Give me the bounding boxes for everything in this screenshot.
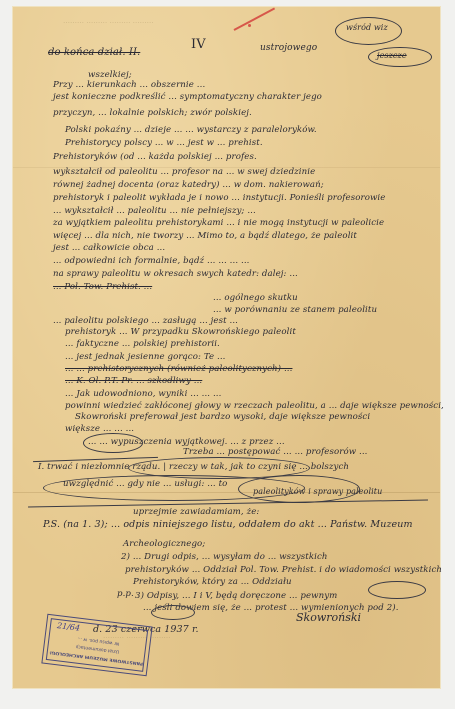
ps-line: uprzejmie zawiadamiam, że:: [133, 507, 259, 517]
text-line: więcej ... dla nich, nie tworzy ... Mimo…: [53, 231, 357, 241]
text-line: prehistoryk i paleolit wykłada je i nowo…: [53, 193, 385, 203]
text-line: za wyjątkiem paleolitu prehistorykami ..…: [53, 218, 384, 228]
text-line: wykształcił od paleolitu ... profesor na…: [53, 167, 315, 177]
red-pencil-mark: [234, 8, 276, 31]
margin-note: wśród wiz: [346, 23, 388, 32]
ps-abbrev: p.p.: [117, 589, 134, 599]
text-line: Skowroński preferował jest bardzo wysoki…: [75, 412, 370, 422]
text-line: ... Jak udowodniono, wyniki ... ... ...: [65, 389, 221, 399]
text-line: na sprawy paleolitu w okresach swych kat…: [53, 269, 298, 279]
text-bubble: [83, 433, 143, 453]
text-line: ... ogólnego skutku: [213, 293, 298, 303]
note-bubble: [151, 605, 195, 620]
text-line: jest ... całkowicie obca ...: [53, 243, 165, 253]
text-line: ... wykształcił ... paleolitu ... nie pe…: [53, 206, 256, 216]
text-line: ... jest jednak jesienne gorąco: Te ...: [65, 352, 226, 362]
text-line: ... paleolitu polskiego ... zasługą ... …: [53, 316, 238, 326]
text-line: Trzeba ... postępować ... ... profesorów…: [183, 447, 368, 457]
text-line: ... odpowiedni ich formalnie, bądź ... .…: [53, 256, 250, 266]
text-line: większe ... ... ...: [65, 424, 134, 434]
text-line: ... faktyczne ... polskiej prehistorii.: [65, 339, 220, 349]
document-page: ……… ……… ……… ……… ……… ……… ……… do końca dzi…: [13, 7, 440, 688]
text-line: powinni wiedzieć zakłóconej głowy w rzec…: [65, 401, 444, 411]
text-line: wszelkiej;: [88, 70, 132, 80]
ps-line: 2) ... Drugi odpis, ... wysyłam do ... w…: [121, 552, 328, 562]
text-line: uwzględnić ... gdy nie ... usługi: ... t…: [63, 479, 227, 489]
ps-line: P.S. (na 1. 3); ... odpis niniejszego li…: [43, 519, 413, 530]
ps-line: Prehistoryków, który za ... Oddziału: [133, 577, 292, 587]
bleed-through-text: ……… ……… ……… ………: [63, 17, 154, 25]
text-line: Polski pokaźny ... dzieje ... ... wystar…: [65, 125, 317, 135]
text-line: ... ... prehistorycznych (również paleol…: [65, 364, 292, 374]
red-pencil-dot: [248, 24, 251, 27]
struck-heading: do końca dział. II.: [48, 47, 140, 58]
text-line: ... Pol. Tow. Prehist. ...: [53, 282, 152, 292]
text-line: przyczyn, ... lokalnie polskich; zwór po…: [53, 108, 252, 118]
note-bubble: [368, 581, 426, 599]
text-line: równej żadnej docenta (oraz katedry) ...…: [53, 180, 324, 190]
margin-note: jeszcze: [377, 51, 407, 60]
text-line: jest konieczne podkreślić ... symptomaty…: [53, 92, 322, 102]
ps-line: 3) Odpisy, ... I i V, będą doręczone ...…: [135, 591, 337, 601]
signature: Skowroński: [296, 611, 361, 624]
text-line: ... w porównaniu ze stanem paleolitu: [213, 305, 377, 315]
margin-note: ustrojowego: [260, 43, 317, 53]
ps-line: prehistoryków ... Oddział Pol. Tow. Preh…: [125, 565, 442, 575]
text-line: paleolityków i sprawy paleolitu: [253, 487, 382, 496]
text-line: Prehistorycy polscy ... w ... jest w ...…: [65, 138, 263, 148]
text-line: prehistoryk ... W przypadku Skowrońskieg…: [65, 327, 296, 337]
text-line: ... K. Ol. P.T. Pr. ... szkodliwy ...: [65, 376, 202, 386]
ps-line: Archeologicznego;: [123, 539, 205, 549]
text-line: Prehistoryków (od ... każda polskiej ...…: [53, 152, 257, 162]
text-line: Przy ... kierunkach ... obszernie ...: [53, 80, 205, 90]
roman-numeral-heading: IV: [191, 37, 206, 52]
